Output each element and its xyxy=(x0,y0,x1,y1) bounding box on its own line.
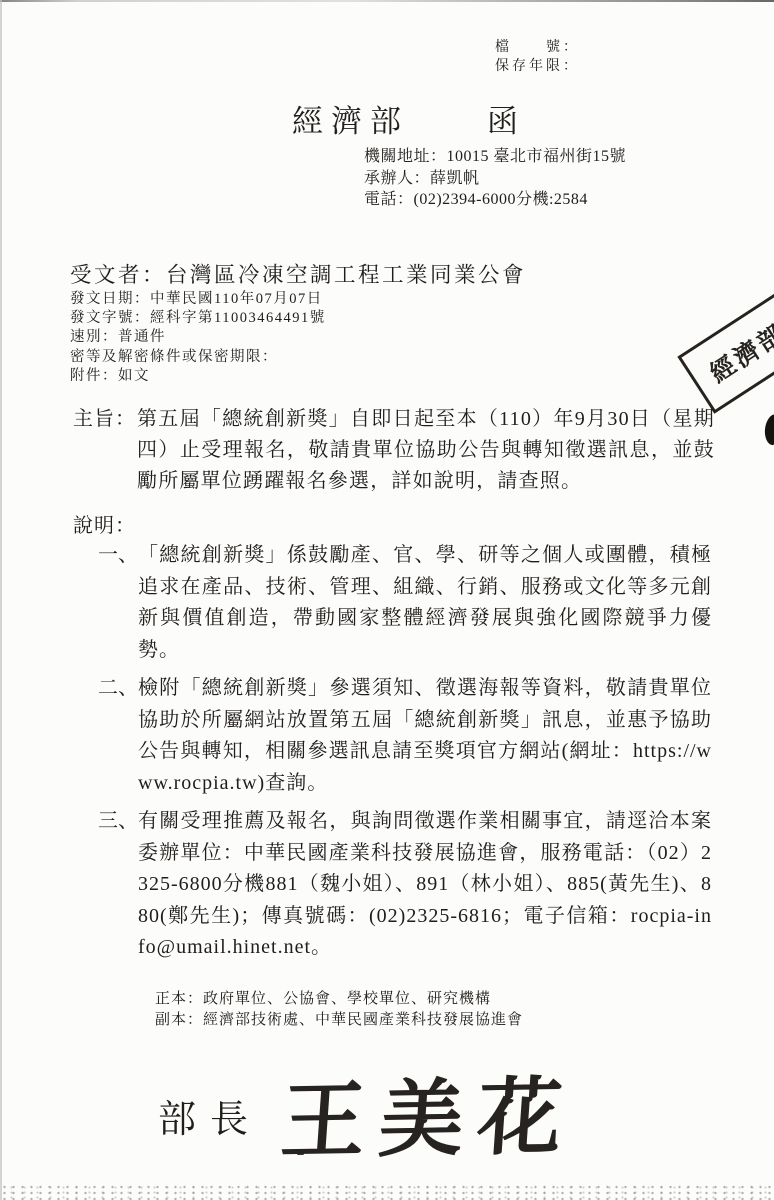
distribution-block: 正本：政府單位、公協會、學校單位、研究機構 副本：經濟部技術處、中華民國產業科技… xyxy=(155,989,523,1030)
agency-info-block: 機關地址：10015 臺北市福州街15號 承辦人：薛凱帆 電話：(02)2394… xyxy=(364,146,626,211)
explanation-list: 一、 「總統創新獎」係鼓勵產、官、學、研等之個人或團體，積極追求在產品、技術、管… xyxy=(98,540,712,971)
recipient-line: 受文者：台灣區冷凍空調工程工業同業公會 xyxy=(70,258,526,289)
classification-line: 密等及解密條件或保密期限： xyxy=(70,348,326,367)
distribution-original: 正本：政府單位、公協會、學校單位、研究機構 xyxy=(155,989,523,1010)
attachment-line: 附件：如文 xyxy=(70,367,326,386)
explanation-item-1: 一、 「總統創新獎」係鼓勵產、官、學、研等之個人或團體，積極追求在產品、技術、管… xyxy=(98,540,712,666)
explanation-item-3: 三、 有關受理推薦及報名，與詢問徵選作業相關事宜，請逕洽本案委辦單位：中華民國產… xyxy=(98,806,712,964)
scan-artifact-top-edge xyxy=(0,0,774,2)
reference-number-line: 發文字號：經科字第11003464491號 xyxy=(70,309,326,328)
agency-phone: 電話：(02)2394-6000分機:2584 xyxy=(364,189,626,211)
agency-address: 機關地址：10015 臺北市福州街15號 xyxy=(364,146,626,168)
scan-artifact-left-edge xyxy=(0,0,2,1200)
item-marker: 三、 xyxy=(98,806,138,964)
explanation-label: 說明： xyxy=(73,509,136,538)
item-text: 有關受理推薦及報名，與詢問徵選作業相關事宜，請逕洽本案委辦單位：中華民國產業科技… xyxy=(138,806,712,964)
file-number-label: 檔 號： xyxy=(495,38,580,57)
case-officer: 承辦人：薛凱帆 xyxy=(364,168,626,190)
item-marker: 一、 xyxy=(98,540,138,666)
document-meta-block: 發文日期：中華民國110年07月07日 發文字號：經科字第11003464491… xyxy=(70,290,326,386)
scan-artifact-ink-blob xyxy=(763,413,774,445)
file-number-block: 檔 號： 保存年限： xyxy=(495,38,580,76)
item-text: 「總統創新獎」係鼓勵產、官、學、研等之個人或團體，積極追求在產品、技術、管理、組… xyxy=(138,540,712,666)
item-text: 檢附「總統創新獎」參選須知、徵選海報等資料，敬請貴單位協助於所屬網站放置第五屆「… xyxy=(138,673,712,799)
subject-paragraph: 主旨： 第五屆「總統創新獎」自即日起至本（110）年9月30日（星期四）止受理報… xyxy=(73,404,715,497)
scanned-official-letter: 檔 號： 保存年限： 經濟部 函 機關地址：10015 臺北市福州街15號 承辦… xyxy=(0,0,774,1200)
minister-title: 部長 xyxy=(158,1088,262,1143)
subject-label: 主旨： xyxy=(73,404,137,497)
subject-text: 第五屆「總統創新獎」自即日起至本（110）年9月30日（星期四）止受理報名，敬請… xyxy=(137,404,715,497)
explanation-item-2: 二、 檢附「總統創新獎」參選須知、徵選海報等資料，敬請貴單位協助於所屬網站放置第… xyxy=(98,673,712,799)
issue-date-line: 發文日期：中華民國110年07月07日 xyxy=(70,290,326,309)
agency-stamp: 經濟部 xyxy=(677,290,774,413)
letter-title: 經濟部 函 xyxy=(292,96,526,141)
item-marker: 二、 xyxy=(98,673,138,799)
scan-artifact-bottom-noise xyxy=(0,1184,774,1200)
distribution-copy: 副本：經濟部技術處、中華民國產業科技發展協進會 xyxy=(155,1010,523,1031)
priority-line: 速別：普通件 xyxy=(70,328,326,347)
retention-period-label: 保存年限： xyxy=(495,57,580,76)
agency-stamp-text: 經濟部 xyxy=(702,314,774,390)
minister-signature: 王美花 xyxy=(278,1049,581,1175)
